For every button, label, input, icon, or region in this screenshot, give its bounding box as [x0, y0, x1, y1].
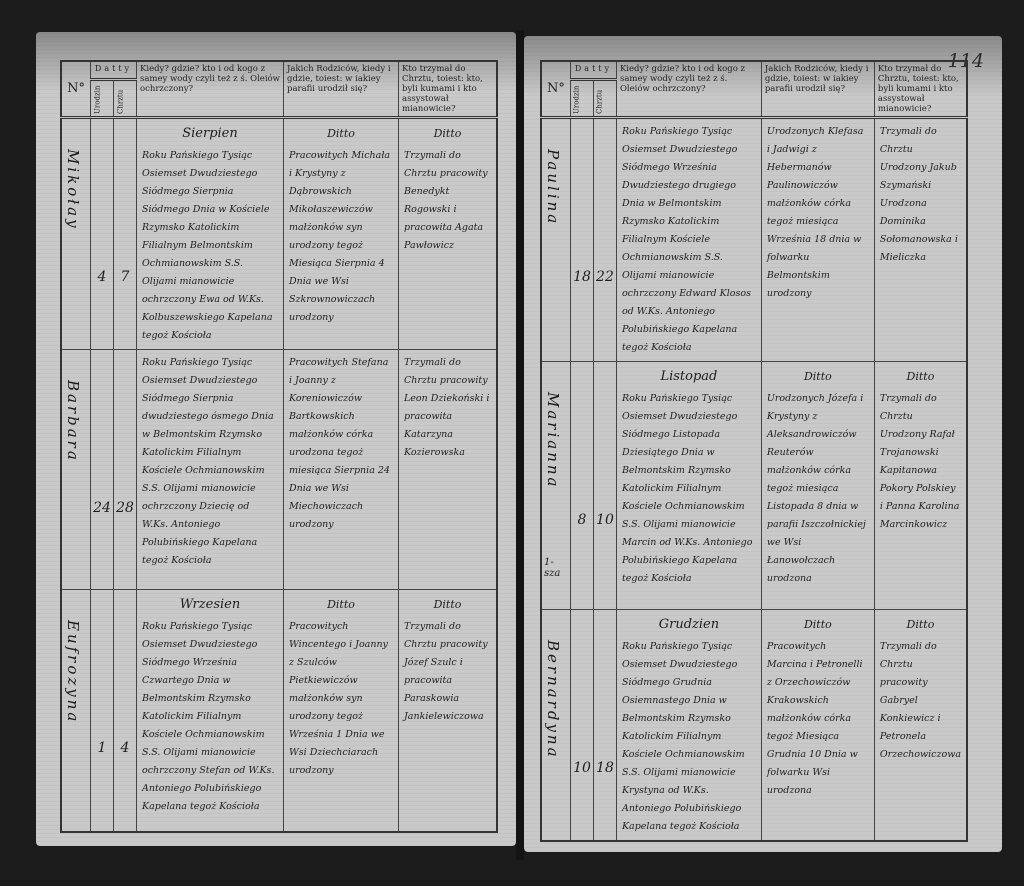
birth-day: 10 [570, 610, 593, 842]
header-dates: Datty [91, 61, 137, 80]
parents-text: Pracowitych Marcina i Petronelli z Orzec… [767, 641, 863, 796]
child-name: Bernardyna [544, 640, 562, 760]
parents-text: Urodzonych Józefa i Krystyny z Aleksandr… [767, 393, 866, 584]
parents-text: Pracowitych Stefana i Joanny z Koreniowi… [289, 357, 390, 530]
ditto-heading: Ditto [289, 596, 393, 614]
birth-day: 1 [91, 590, 114, 832]
ditto-heading: Ditto [404, 596, 491, 614]
ditto-heading: Ditto [880, 368, 961, 386]
header-baptism: Chrztu [114, 80, 137, 118]
godparents-text: Trzymali do Chrztu pracowity Leon Dzieko… [404, 357, 489, 458]
parents-text: Pracowitych Wincentego i Joanny z Szulcó… [289, 621, 388, 776]
margin-note: 1-sza [544, 557, 570, 579]
godparents-text: Trzymali do Chrztu Urodzony Jakub Szymań… [880, 126, 958, 263]
baptism-text: Roku Pańskiego Tysiąc Osiemset Dwudziest… [142, 150, 273, 341]
baptism-text: Roku Pańskiego Tysiąc Osiemset Dwudziest… [622, 393, 752, 584]
child-name: Eufrozyna [64, 620, 82, 724]
month-heading: Listopad [622, 368, 756, 386]
header-when-where: Kiedy? gdzie? kto i od kogo z samey wody… [616, 61, 761, 118]
header-birth: Urodzin [91, 80, 114, 118]
register-entry: Bernardyna 10 18 GrudzienRoku Pańskiego … [541, 610, 967, 842]
baptism-day: 7 [114, 118, 137, 350]
month-heading: Wrzesien [142, 596, 278, 614]
baptism-day: 22 [593, 118, 616, 362]
header-when-where: Kiedy? gdzie? kto i od kogo z samey wody… [137, 61, 284, 118]
birth-day: 8 [570, 362, 593, 610]
child-name: Paulina [544, 149, 562, 226]
ditto-heading: Ditto [404, 125, 491, 143]
header-parents: Jakich Rodziców, kiedy i gdzie, toiest: … [761, 61, 874, 118]
baptism-day: 10 [593, 362, 616, 610]
godparents-text: Trzymali do Chrztu pracowity Gabryel Kon… [880, 641, 961, 760]
ditto-heading: Ditto [767, 616, 869, 634]
baptism-day: 28 [114, 350, 137, 590]
baptism-day: 18 [593, 610, 616, 842]
header-number: N° [541, 61, 570, 118]
godparents-text: Trzymali do Chrztu Urodzony Rafał Trojan… [880, 393, 960, 530]
header-parents: Jakich Rodziców, kiedy i gdzie, toiest: … [284, 61, 399, 118]
header-birth: Urodzin [570, 80, 593, 118]
right-page: 114 N° Datty Kiedy? gdzie? kto i od kogo… [524, 36, 1002, 852]
child-name: Marianna [544, 392, 562, 489]
register-entry: Barbara 24 28 Roku Pańskiego Tysiąc Osie… [61, 350, 497, 590]
baptism-text: Roku Pańskiego Tysiąc Osiemset Dwudziest… [142, 621, 274, 812]
baptism-day: 4 [114, 590, 137, 832]
parents-text: Pracowitych Michała i Krystyny z Dąbrows… [289, 150, 390, 323]
register-entry: Paulina 18 22 Roku Pańskiego Tysiąc Osie… [541, 118, 967, 362]
header-godparents: Kto trzymał do Chrztu, toiest: kto, byli… [399, 61, 498, 118]
left-page: N° Datty Kiedy? gdzie? kto i od kogo z s… [36, 32, 516, 846]
book-spine [516, 30, 524, 860]
birth-day: 24 [91, 350, 114, 590]
godparents-text: Trzymali do Chrztu pracowity Józef Szulc… [404, 621, 488, 722]
child-name: Mikołay [64, 149, 82, 231]
parents-text: Urodzonych Klefasa i Jadwigi z Hebermanó… [767, 126, 864, 299]
ditto-heading: Ditto [880, 616, 961, 634]
month-heading: Grudzien [622, 616, 756, 634]
register-entry: Marianna1-sza 8 10 ListopadRoku Pańskieg… [541, 362, 967, 610]
ditto-heading: Ditto [767, 368, 869, 386]
godparents-text: Trzymali do Chrztu pracowity Benedykt Ro… [404, 150, 488, 251]
child-name: Barbara [64, 380, 82, 463]
register-entry: Mikołay 4 7 SierpienRoku Pańskiego Tysią… [61, 118, 497, 350]
baptism-text: Roku Pańskiego Tysiąc Osiemset Dwudziest… [622, 641, 745, 832]
month-heading: Sierpien [142, 125, 278, 143]
header-number: N° [61, 61, 91, 118]
birth-day: 4 [91, 118, 114, 350]
birth-day: 18 [570, 118, 593, 362]
header-godparents: Kto trzymał do Chrztu, toiest: kto, byli… [874, 61, 967, 118]
register-table-right: N° Datty Kiedy? gdzie? kto i od kogo z s… [540, 60, 968, 842]
baptism-text: Roku Pańskiego Tysiąc Osiemset Dwudziest… [142, 357, 274, 566]
baptism-text: Roku Pańskiego Tysiąc Osiemset Dwudziest… [622, 126, 751, 353]
register-entry: Eufrozyna 1 4 WrzesienRoku Pańskiego Tys… [61, 590, 497, 832]
ditto-heading: Ditto [289, 125, 393, 143]
header-baptism: Chrztu [593, 80, 616, 118]
register-table-left: N° Datty Kiedy? gdzie? kto i od kogo z s… [60, 60, 498, 833]
header-dates: Datty [570, 61, 616, 80]
